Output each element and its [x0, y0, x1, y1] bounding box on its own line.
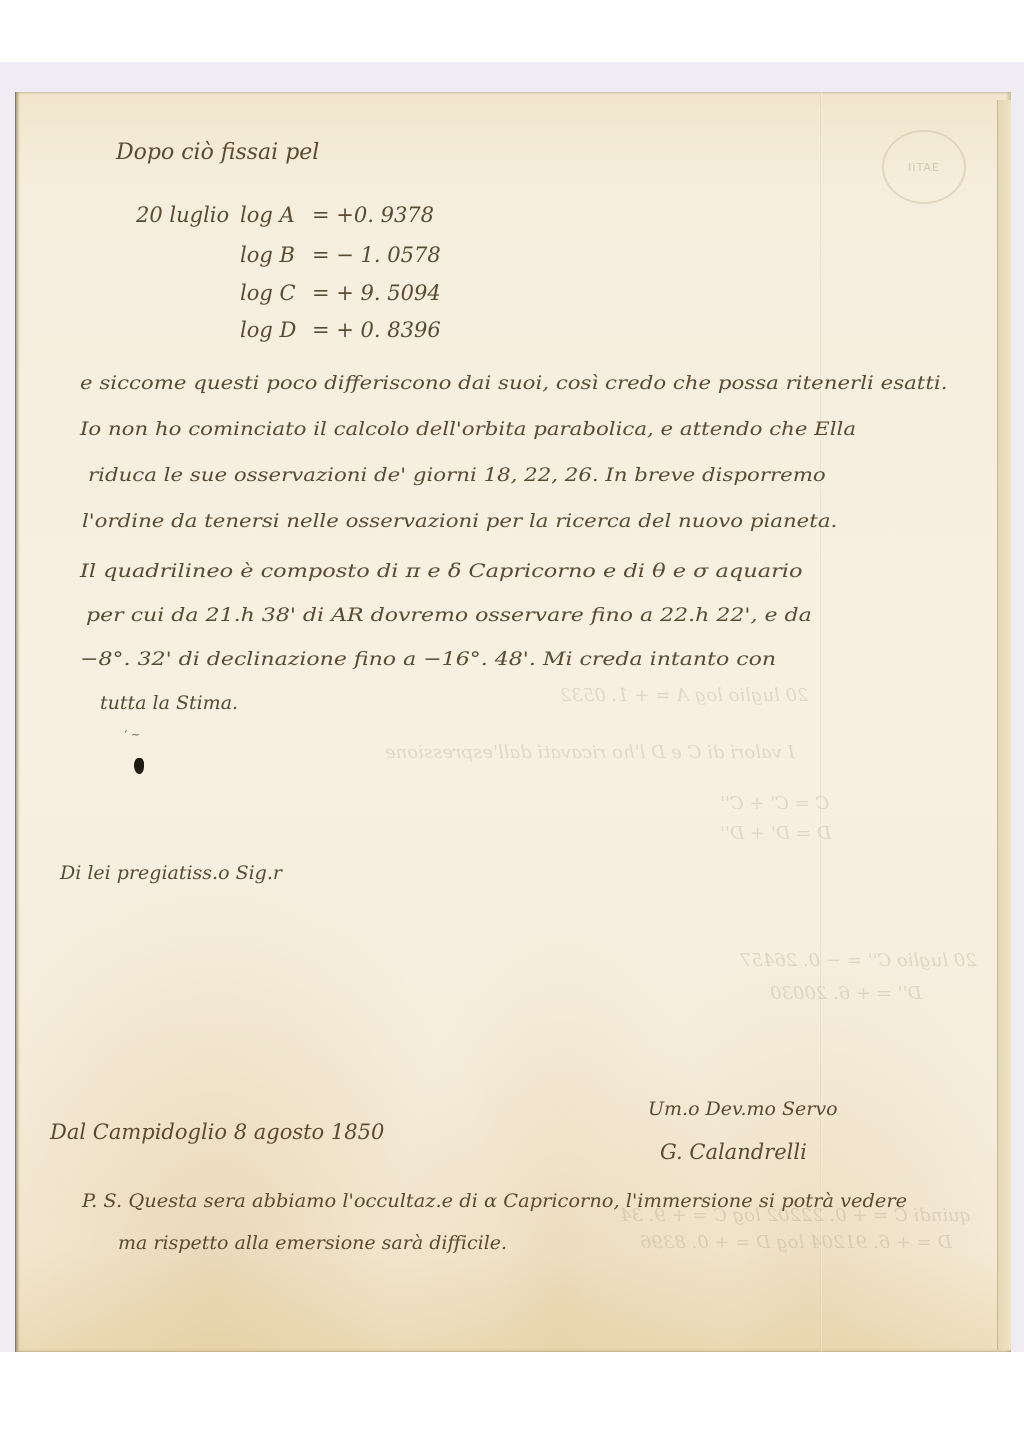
bleed-through-line: C = C' + C''	[720, 793, 829, 814]
body-line: riduca le sue osservazioni de' giorni 18…	[88, 464, 826, 486]
embossed-stamp-icon: IITAE	[882, 130, 966, 204]
postscript-line: P. S. Questa sera abbiamo l'occultaz.e d…	[82, 1190, 907, 1212]
log-value-c: = + 9. 5094	[312, 281, 441, 305]
salutation: Di lei pregiatiss.o Sig.r	[60, 862, 282, 884]
body-line: tutta la Stima.	[100, 692, 238, 714]
body-line: l'ordine da tenersi nelle osservazioni p…	[82, 510, 837, 532]
signature: G. Calandrelli	[660, 1140, 807, 1164]
letter-paper	[15, 92, 1011, 1352]
body-line: Il quadrilineo è composto di π e δ Capri…	[80, 560, 802, 582]
stamp-text: IITAE	[908, 161, 940, 174]
bleed-through-line: 20 luglio C'' = − 0. 26457	[740, 950, 977, 971]
body-line: per cui da 21.h 38' di AR dovremo osserv…	[86, 604, 812, 626]
postscript-line: ma rispetto alla emersione sarà difficil…	[118, 1232, 507, 1254]
log-value-a: = +0. 9378	[312, 203, 434, 227]
bleed-through-line: D'' = + 6. 20030	[770, 983, 922, 1004]
ink-mark: ʻ ~	[124, 728, 140, 741]
bleed-through-line: 20 luglio log A = + 1. 0532	[560, 685, 808, 706]
paper-fold-line	[820, 92, 822, 1352]
log-value-b: = − 1. 0578	[312, 243, 441, 267]
paper-right-edge	[997, 100, 1011, 1350]
bleed-through-line: D = D' + D''	[720, 823, 831, 844]
opening-date-label: 20 luglio	[136, 203, 229, 227]
log-label-d: log D	[240, 318, 296, 342]
bleed-through-line: I valori di C e D l'ho ricavati dall'esp…	[385, 742, 795, 763]
log-value-d: = + 0. 8396	[312, 318, 441, 342]
place-date: Dal Campidoglio 8 agosto 1850	[50, 1120, 384, 1144]
log-label-a: log A	[240, 203, 295, 227]
body-line: −8°. 32' di declinazione fino a −16°. 48…	[80, 648, 776, 670]
opening-heading: Dopo ciò fissai pel	[116, 140, 319, 165]
log-label-c: log C	[240, 281, 296, 305]
ink-blot	[134, 758, 144, 774]
closing: Um.o Dev.mo Servo	[648, 1098, 838, 1120]
body-line: e siccome questi poco differiscono dai s…	[80, 372, 947, 394]
log-label-b: log B	[240, 243, 295, 267]
bleed-through-line: D = + 6. 91204 log D = + 0. 8396	[640, 1232, 952, 1253]
body-line: Io non ho cominciato il calcolo dell'orb…	[80, 418, 856, 440]
